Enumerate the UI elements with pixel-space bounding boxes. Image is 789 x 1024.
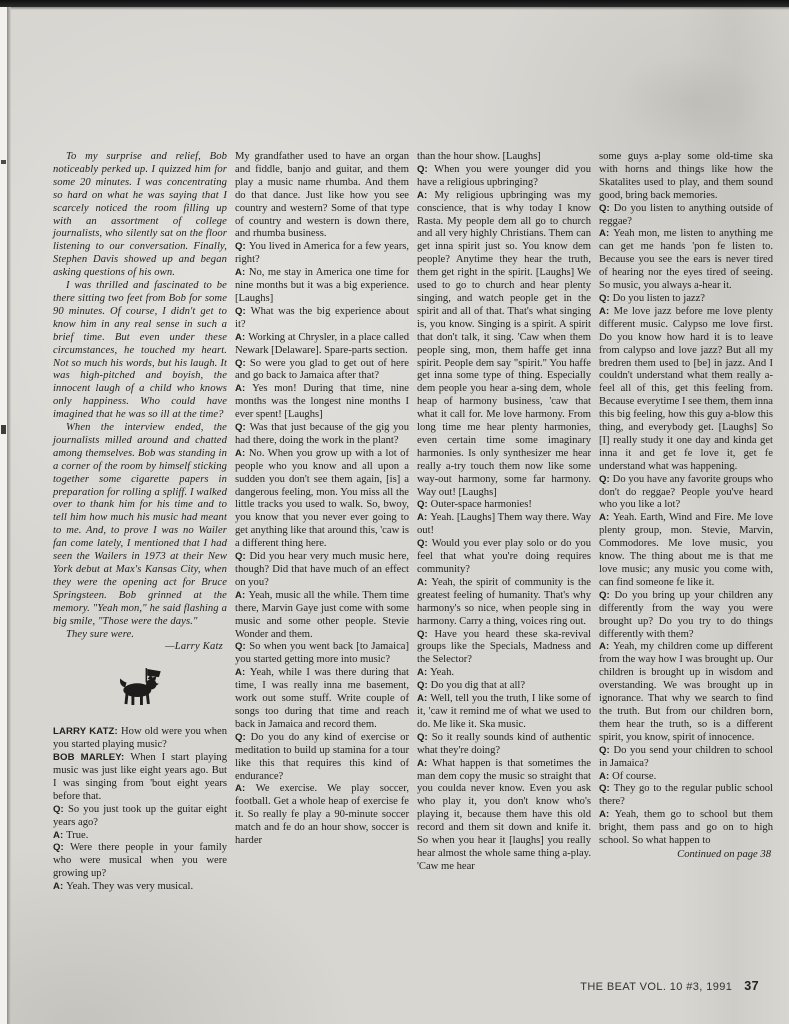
speaker-label: Q:: [417, 538, 432, 549]
speaker-label: Q:: [599, 590, 615, 601]
qa-paragraph: Q: So you just took up the guitar eight …: [53, 804, 227, 830]
qa-paragraph: A: Yeah, while I was there during that t…: [235, 667, 409, 732]
qa-paragraph: Q: What was the big experience about it?: [235, 306, 409, 332]
qa-paragraph: Q: Have you heard these ska-revival grou…: [417, 629, 591, 668]
qa-paragraph: Q: Do you bring up your children any dif…: [599, 590, 773, 642]
scan-top-edge-shadow: [0, 7, 789, 10]
speaker-label: Q:: [417, 164, 434, 175]
answer-continuation-paragraph: some guys a-play some old-time ska with …: [599, 151, 773, 203]
speaker-label: A:: [417, 512, 430, 523]
column-2: My grandfather used to have an organ and…: [235, 151, 409, 894]
scan-top-edge: [0, 0, 789, 7]
lion-of-judah-icon-wrap: [53, 667, 227, 712]
column-1: To my surprise and relief, Bob noticeabl…: [53, 151, 227, 894]
ink-bleedthrough-smudge: [615, 55, 765, 145]
speaker-label: A:: [417, 577, 431, 588]
qa-paragraph: Q: When you were younger did you have a …: [417, 164, 591, 190]
article-columns: To my surprise and relief, Bob noticeabl…: [53, 151, 775, 894]
qa-paragraph: Q: They go to the regular public school …: [599, 783, 773, 809]
speaker-label: Q:: [599, 783, 614, 794]
qa-paragraph: Q: Do you send your children to school i…: [599, 745, 773, 771]
speaker-label: A:: [599, 771, 612, 782]
qa-paragraph: A: Yes mon! During that time, nine month…: [235, 383, 409, 422]
speaker-label: A:: [235, 267, 249, 278]
qa-paragraph: A: Of course.: [599, 771, 773, 784]
speaker-label: A:: [417, 693, 430, 704]
speaker-label: Q:: [235, 422, 250, 433]
qa-paragraph: LARRY KATZ: How old were you when you st…: [53, 726, 227, 752]
qa-paragraph: A: Yeah, the spirit of community is the …: [417, 577, 591, 629]
answer-continuation-paragraph: than the hour show. [Laughs]: [417, 151, 591, 164]
speaker-label: Q:: [417, 499, 431, 510]
page-binding-crease: [7, 7, 11, 1024]
speaker-label: LARRY KATZ:: [53, 726, 121, 737]
speaker-label: A:: [235, 783, 256, 794]
qa-paragraph: Q: So when you went back [to Jamaica] yo…: [235, 641, 409, 667]
qa-paragraph: Q: Do you do any kind of exercise or med…: [235, 732, 409, 784]
answer-continuation-paragraph: My grandfather used to have an organ and…: [235, 151, 409, 241]
speaker-label: A:: [599, 228, 613, 239]
qa-paragraph: Q: Was that just because of the gig you …: [235, 422, 409, 448]
column-4: some guys a-play some old-time ska with …: [599, 151, 773, 894]
speaker-label: Q:: [599, 474, 613, 485]
intro-paragraph: They sure were.: [53, 629, 227, 642]
speaker-label: A:: [235, 590, 248, 601]
speaker-label: Q:: [599, 203, 614, 214]
qa-paragraph: A: Yeah, my children come up different f…: [599, 641, 773, 744]
qa-paragraph: A: No, me stay in America one time for n…: [235, 267, 409, 306]
speaker-label: Q:: [599, 745, 614, 756]
intro-paragraph: To my surprise and relief, Bob noticeabl…: [53, 151, 227, 280]
qa-paragraph: Q: Do you listen to anything outside of …: [599, 203, 773, 229]
qa-paragraph: Q: Did you hear very much music here, th…: [235, 551, 409, 590]
speaker-label: Q:: [235, 732, 251, 743]
speaker-label: Q:: [235, 641, 249, 652]
qa-paragraph: A: True.: [53, 830, 227, 843]
intro-paragraph: I was thrilled and fascinated to be ther…: [53, 280, 227, 422]
speaker-label: Q:: [599, 293, 613, 304]
speaker-label: A:: [53, 881, 66, 892]
qa-paragraph: Q: Outer-space harmonies!: [417, 499, 591, 512]
qa-paragraph: Q: Do you listen to jazz?: [599, 293, 773, 306]
speaker-label: Q:: [235, 241, 249, 252]
speaker-label: Q:: [53, 842, 70, 853]
speaker-label: A:: [417, 667, 430, 678]
qa-paragraph: A: No. When you grow up with a lot of pe…: [235, 448, 409, 551]
speaker-label: A:: [235, 332, 248, 343]
qa-paragraph: Q: Would you ever play solo or do you fe…: [417, 538, 591, 577]
qa-paragraph: A: We exercise. We play soccer, football…: [235, 783, 409, 848]
continued-note: Continued on page 38: [599, 849, 773, 862]
qa-paragraph: A: My religious upbringing was my consci…: [417, 190, 591, 500]
speaker-label: A:: [235, 667, 250, 678]
speaker-label: A:: [417, 758, 432, 769]
speaker-label: Q:: [417, 629, 434, 640]
speaker-label: A:: [235, 383, 252, 394]
speaker-label: A:: [599, 641, 613, 652]
speaker-label: BOB MARLEY:: [53, 752, 130, 763]
qa-paragraph: A: Yeah.: [417, 667, 591, 680]
qa-paragraph: Q: Were there people in your family who …: [53, 842, 227, 881]
speaker-label: Q:: [417, 680, 431, 691]
lion-of-judah-icon: [113, 667, 167, 707]
page-number: 37: [744, 979, 759, 993]
column-3: than the hour show. [Laughs]Q: When you …: [417, 151, 591, 894]
qa-paragraph: Q: So were you glad to get out of here a…: [235, 358, 409, 384]
speaker-label: A:: [53, 830, 66, 841]
speaker-label: A:: [599, 512, 613, 523]
qa-paragraph: A: Yeah, music all the while. Them time …: [235, 590, 409, 642]
qa-paragraph: A: Yeah, them go to school but them brig…: [599, 809, 773, 848]
speaker-label: Q:: [417, 732, 432, 743]
speaker-label: A:: [599, 306, 614, 317]
speaker-label: Q:: [235, 306, 251, 317]
speaker-label: A:: [235, 448, 249, 459]
qa-paragraph: Q: Do you have any favorite groups who d…: [599, 474, 773, 513]
speaker-label: A:: [417, 190, 435, 201]
magazine-title: THE BEAT VOL. 10 #3, 1991: [580, 981, 732, 993]
intro-paragraph: When the interview ended, the journalist…: [53, 422, 227, 629]
magazine-page-scan: To my surprise and relief, Bob noticeabl…: [0, 0, 789, 1024]
speaker-label: Q:: [235, 358, 250, 369]
qa-paragraph: A: Working at Chrysler, in a place calle…: [235, 332, 409, 358]
speaker-label: A:: [599, 809, 615, 820]
qa-paragraph: A: Me love jazz before me love plenty di…: [599, 306, 773, 474]
qa-paragraph: A: Well, tell you the truth, I like some…: [417, 693, 591, 732]
qa-paragraph: A: Yeah. They was very musical.: [53, 881, 227, 894]
qa-paragraph: A: Yeah mon, me listen to anything me ca…: [599, 228, 773, 293]
speaker-label: Q:: [235, 551, 249, 562]
scan-artifact-mark: [1, 160, 6, 164]
page-footer: THE BEAT VOL. 10 #3, 199137: [580, 979, 759, 993]
speaker-label: Q:: [53, 804, 68, 815]
scan-artifact-mark: [1, 425, 6, 434]
qa-paragraph: Q: So it really sounds kind of authentic…: [417, 732, 591, 758]
qa-paragraph: Q: You lived in America for a few years,…: [235, 241, 409, 267]
qa-paragraph: BOB MARLEY: When I start playing music w…: [53, 752, 227, 804]
qa-paragraph: A: Yeah. [Laughs] Them way there. Way ou…: [417, 512, 591, 538]
author-byline: —Larry Katz: [53, 641, 227, 654]
qa-paragraph: Q: Do you dig that at all?: [417, 680, 591, 693]
qa-paragraph: A: Yeah. Earth, Wind and Fire. Me love p…: [599, 512, 773, 589]
qa-paragraph: A: What happen is that sometimes the man…: [417, 758, 591, 874]
